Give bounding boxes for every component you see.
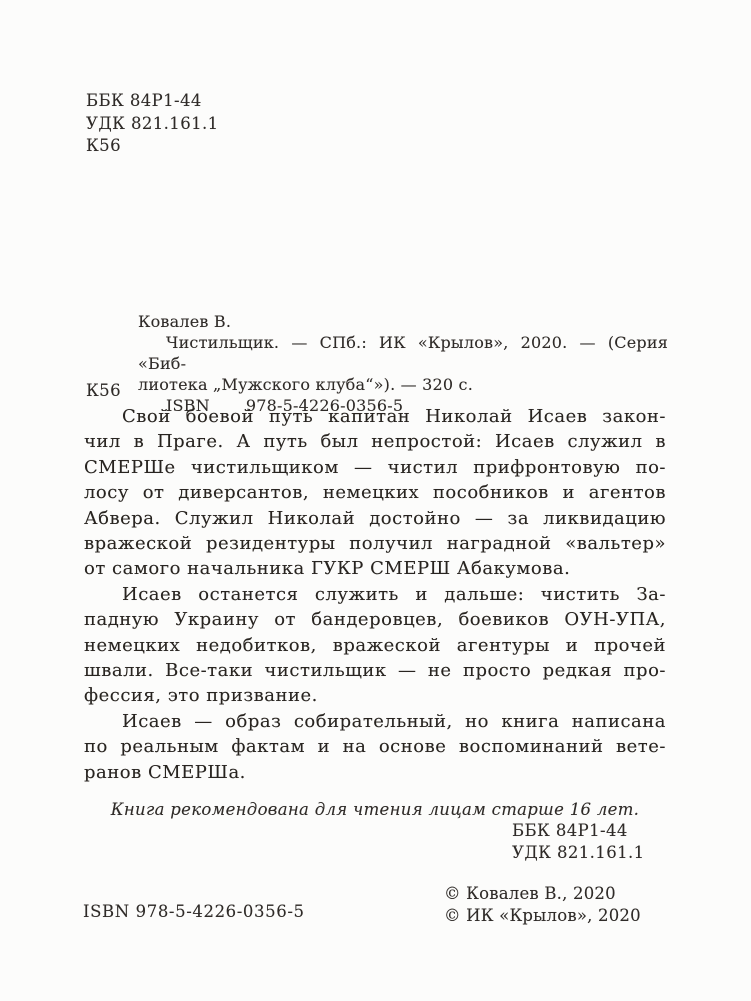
copyright-block: © Ковалев В., 2020© ИК «Крылов», 2020 xyxy=(444,883,641,926)
text-line: от самого начальника ГУКР СМЕРШ Абакумов… xyxy=(84,556,666,581)
text-line: немецких недобитков, вражеской агентуры … xyxy=(84,633,666,658)
text-line: вражеской резидентуры получил наградной … xyxy=(84,531,666,556)
udk-code-top: УДК 821.161.1 xyxy=(86,113,219,136)
annotation-paragraph: Исаев — образ собирательный, но книга на… xyxy=(84,709,666,785)
classification-top-block: ББК 84Р1-44 УДК 821.161.1 К56 xyxy=(86,90,219,158)
text-line: лосу от диверсантов, немецких пособников… xyxy=(84,480,666,505)
text-line: чил в Праге. А путь был непростой: Исаев… xyxy=(84,429,666,454)
text-line: Исаев останется служить и дальше: чистит… xyxy=(84,582,666,607)
text-line: Абвера. Служил Николай достойно — за лик… xyxy=(84,506,666,531)
annotation-paragraph: Исаев останется служить и дальше: чистит… xyxy=(84,582,666,709)
text-line: СМЕРШе чистильщиком — чистил прифронтову… xyxy=(84,455,666,480)
text-line: © ИК «Крылов», 2020 xyxy=(444,905,641,927)
author-sign-top: К56 xyxy=(86,135,219,158)
text-line: по реальным фактам и на основе воспомина… xyxy=(84,734,666,759)
text-line: фессия, это призвание. xyxy=(84,683,666,708)
imprint-author: Ковалев В. xyxy=(138,311,668,332)
text-line: Исаев — образ собирательный, но книга на… xyxy=(84,709,666,734)
book-copyright-page: ББК 84Р1-44 УДК 821.161.1 К56 Ковалев В.… xyxy=(0,0,751,1001)
annotation-paragraph: Свой боевой путь капитан Николай Исаев з… xyxy=(84,404,666,582)
annotation-text: Свой боевой путь капитан Николай Исаев з… xyxy=(84,404,666,785)
text-line: Свой боевой путь капитан Николай Исаев з… xyxy=(84,404,666,429)
bbk-code-top: ББК 84Р1-44 xyxy=(86,90,219,113)
text-line: © Ковалев В., 2020 xyxy=(444,883,641,905)
text-line: падную Украину от бандеровцев, боевиков … xyxy=(84,607,666,632)
bibliographic-imprint-block: Ковалев В. Чистильщик. — СПб.: ИК «Крыло… xyxy=(138,311,668,416)
imprint-title-line-1: Чистильщик. — СПб.: ИК «Крылов», 2020. —… xyxy=(138,332,668,374)
imprint-title-line-2: лиотека „Мужского клуба“»). — 320 с. xyxy=(138,374,668,395)
bbk-code-bottom: ББК 84Р1-44 xyxy=(512,820,645,842)
age-restriction-note: Книга рекомендована для чтения лицам ста… xyxy=(84,800,666,819)
classification-bottom-block: ББК 84Р1-44 УДК 821.161.1 xyxy=(512,820,645,863)
footer-isbn: ISBN 978-5-4226-0356-5 xyxy=(83,902,305,921)
text-line: швали. Все-таки чистильщик — не просто р… xyxy=(84,658,666,683)
udk-code-bottom: УДК 821.161.1 xyxy=(512,842,645,864)
text-line: ранов СМЕРШа. xyxy=(84,760,666,785)
author-sign-margin: К56 xyxy=(86,381,121,400)
